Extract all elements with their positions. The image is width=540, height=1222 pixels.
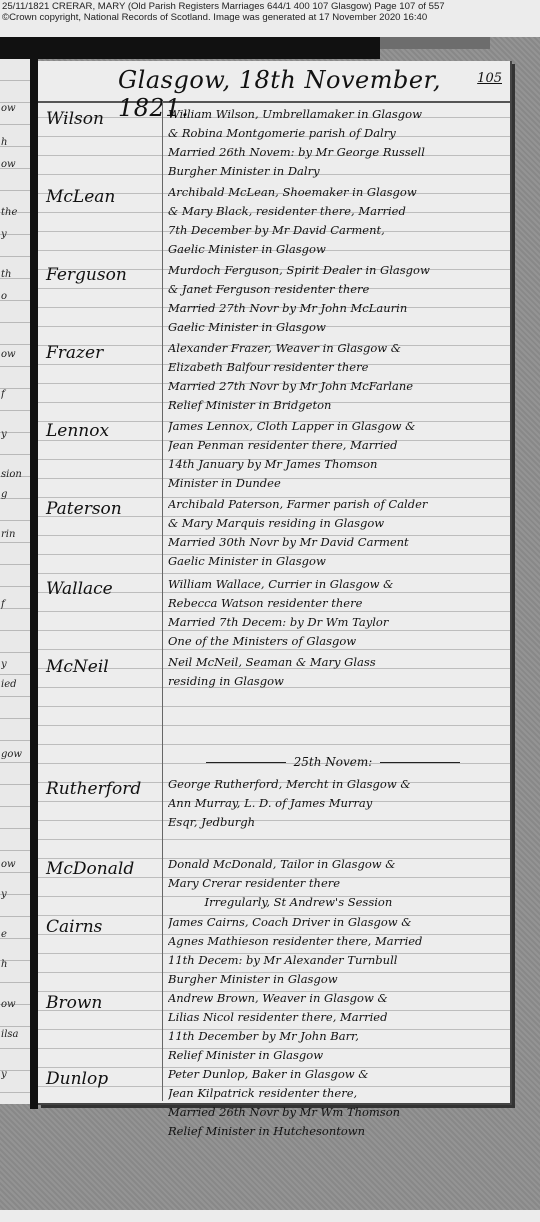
record-line: William Wilson, Umbrellamaker in Glasgow [168, 105, 508, 124]
fragment-text: ow [1, 103, 29, 114]
record-line: James Lennox, Cloth Lapper in Glasgow & [168, 417, 508, 436]
column-divider [162, 101, 163, 1101]
fragment-text: the [1, 207, 29, 218]
caption-line-2: ©Crown copyright, National Records of Sc… [2, 12, 538, 23]
entry-record: William Wallace, Currier in Glasgow & Re… [168, 575, 508, 651]
record-line: 7th December by Mr David Carment, [168, 221, 508, 240]
fragment-text: y [1, 659, 29, 670]
fragment-text: th [1, 269, 29, 280]
record-line: Burgher Minister in Dalry [168, 162, 508, 181]
record-line: Peter Dunlop, Baker in Glasgow & [168, 1065, 508, 1084]
record-line: James Cairns, Coach Driver in Glasgow & [168, 913, 508, 932]
caption-line-1: 25/11/1821 CRERAR, MARY (Old Parish Regi… [2, 1, 538, 12]
entry-record: Murdoch Ferguson, Spirit Dealer in Glasg… [168, 261, 508, 337]
fragment-text: gow [1, 749, 29, 760]
record-line: & Mary Black, residenter there, Married [168, 202, 508, 221]
entry-record: James Cairns, Coach Driver in Glasgow & … [168, 913, 508, 989]
fragment-text: h [1, 137, 29, 148]
fragment-text: sion [1, 469, 29, 480]
entry-surname: McLean [46, 187, 161, 207]
entry-surname: Wilson [46, 109, 161, 129]
entry-record: Donald McDonald, Tailor in Glasgow & Mar… [168, 855, 508, 912]
entry-record: Alexander Frazer, Weaver in Glasgow & El… [168, 339, 508, 415]
record-line: Married 26th Novr by Mr Wm Thomson [168, 1103, 508, 1122]
record-line: Irregularly, St Andrew's Session [168, 893, 508, 912]
folio-number: 105 [477, 71, 502, 86]
record-line: Esqr, Jedburgh [168, 813, 508, 832]
record-line: & Mary Marquis residing in Glasgow [168, 514, 508, 533]
fragment-text: y [1, 889, 29, 900]
scan-shadow [0, 37, 380, 59]
entry-surname: Paterson [46, 499, 161, 519]
record-line: Jean Penman residenter there, Married [168, 436, 508, 455]
entry-surname: Brown [46, 993, 161, 1013]
record-line: Married 27th Novr by Mr John McLaurin [168, 299, 508, 318]
entry-record: Archibald Paterson, Farmer parish of Cal… [168, 495, 508, 571]
entry-record: Andrew Brown, Weaver in Glasgow & Lilias… [168, 989, 508, 1065]
record-line: residing in Glasgow [168, 672, 508, 691]
facing-page-fragment: ow h ow the y th o ow f y sion g rin f y… [0, 59, 31, 1104]
fragment-text: y [1, 229, 29, 240]
record-line: Jean Kilpatrick residenter there, [168, 1084, 508, 1103]
record-line: Elizabeth Balfour residenter there [168, 358, 508, 377]
fragment-text: h [1, 959, 29, 970]
entry-surname: Wallace [46, 579, 161, 599]
fragment-text: ow [1, 859, 29, 870]
record-line: & Robina Montgomerie parish of Dalry [168, 124, 508, 143]
record-line: & Janet Ferguson residenter there [168, 280, 508, 299]
entry-record: Archibald McLean, Shoemaker in Glasgow &… [168, 183, 508, 259]
entry-record: James Lennox, Cloth Lapper in Glasgow & … [168, 417, 508, 493]
fragment-text: f [1, 599, 29, 610]
fragment-text: e [1, 929, 29, 940]
record-line: Gaelic Minister in Glasgow [168, 240, 508, 259]
entry-surname: Rutherford [46, 779, 161, 799]
entry-surname: Cairns [46, 917, 161, 937]
fragment-text: ow [1, 349, 29, 360]
record-line: Lilias Nicol residenter there, Married [168, 1008, 508, 1027]
record-line: Andrew Brown, Weaver in Glasgow & [168, 989, 508, 1008]
record-line: Burgher Minister in Glasgow [168, 970, 508, 989]
fragment-text: y [1, 429, 29, 440]
record-line: Neil McNeil, Seaman & Mary Glass [168, 653, 508, 672]
page-header: Glasgow, 18th November, 1821. 105 [38, 61, 510, 103]
record-line: Alexander Frazer, Weaver in Glasgow & [168, 339, 508, 358]
fragment-text: f [1, 389, 29, 400]
record-line: Mary Crerar residenter there [168, 874, 508, 893]
entry-surname: Lennox [46, 421, 161, 441]
image-caption: 25/11/1821 CRERAR, MARY (Old Parish Regi… [2, 1, 538, 23]
record-line: Archibald McLean, Shoemaker in Glasgow [168, 183, 508, 202]
record-line: Murdoch Ferguson, Spirit Dealer in Glasg… [168, 261, 508, 280]
fragment-text: ow [1, 159, 29, 170]
fragment-text: g [1, 489, 29, 500]
entry-surname: Dunlop [46, 1069, 161, 1089]
fragment-text: ilsa [1, 1029, 29, 1040]
record-line: Agnes Mathieson residenter there, Marrie… [168, 932, 508, 951]
record-line: Married 27th Novr by Mr John McFarlane [168, 377, 508, 396]
fragment-text: ied [1, 679, 29, 690]
entry-surname: Ferguson [46, 265, 161, 285]
book-spine [30, 59, 38, 1109]
record-line: Rebecca Watson residenter there [168, 594, 508, 613]
entry-surname: Frazer [46, 343, 161, 363]
record-line: One of the Ministers of Glasgow [168, 632, 508, 651]
fragment-text: y [1, 1069, 29, 1080]
fragment-text: ow [1, 999, 29, 1010]
record-line: Donald McDonald, Tailor in Glasgow & [168, 855, 508, 874]
record-line: 11th December by Mr John Barr, [168, 1027, 508, 1046]
record-line: Archibald Paterson, Farmer parish of Cal… [168, 495, 508, 514]
entry-surname: McNeil [46, 657, 161, 677]
record-line: Married 30th Novr by Mr David Carment [168, 533, 508, 552]
record-line: Gaelic Minister in Glasgow [168, 552, 508, 571]
record-line: Married 7th Decem: by Dr Wm Taylor [168, 613, 508, 632]
record-line: William Wallace, Currier in Glasgow & [168, 575, 508, 594]
fragment-text: rin [1, 529, 29, 540]
record-line: 11th Decem: by Mr Alexander Turnbull [168, 951, 508, 970]
entry-record: Peter Dunlop, Baker in Glasgow & Jean Ki… [168, 1065, 508, 1141]
record-line: Relief Minister in Bridgeton [168, 396, 508, 415]
record-line: Minister in Dundee [168, 474, 508, 493]
entry-record: Neil McNeil, Seaman & Mary Glass residin… [168, 653, 508, 691]
record-line: Relief Minister in Glasgow [168, 1046, 508, 1065]
scan-shadow [380, 37, 490, 49]
record-line: Married 26th Novem: by Mr George Russell [168, 143, 508, 162]
record-line: Gaelic Minister in Glasgow [168, 318, 508, 337]
register-page: Glasgow, 18th November, 1821. 105 Wilson… [38, 61, 512, 1105]
record-line: Ann Murray, L. D. of James Murray [168, 794, 508, 813]
entry-record: George Rutherford, Mercht in Glasgow & A… [168, 775, 508, 832]
entry-record: William Wilson, Umbrellamaker in Glasgow… [168, 105, 508, 181]
record-line: George Rutherford, Mercht in Glasgow & [168, 775, 508, 794]
record-line: Relief Minister in Hutchesontown [168, 1122, 508, 1141]
register-scan: ow h ow the y th o ow f y sion g rin f y… [0, 37, 540, 1210]
fragment-text: o [1, 291, 29, 302]
entry-surname: McDonald [46, 859, 161, 879]
date-subheading: 25th Novem: [168, 755, 498, 769]
record-line: 14th January by Mr James Thomson [168, 455, 508, 474]
